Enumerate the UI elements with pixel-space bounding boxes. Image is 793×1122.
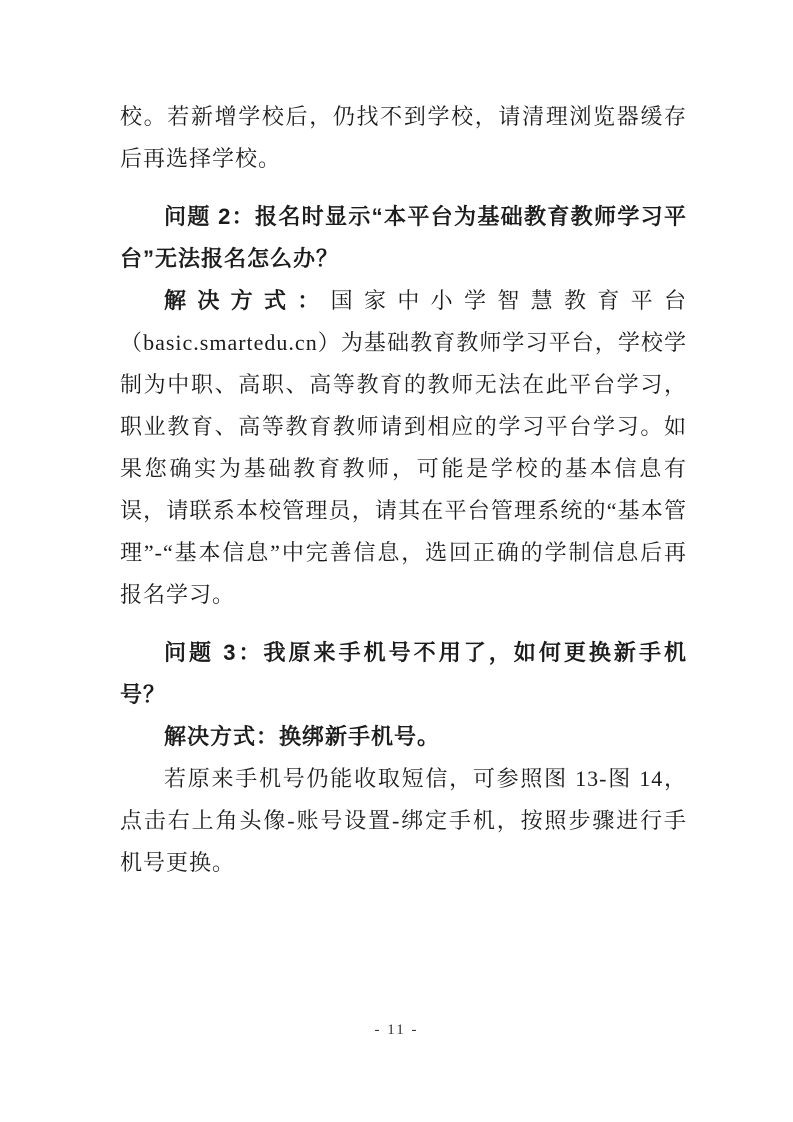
page-footer: - 11 - <box>0 1022 793 1039</box>
page-number: - 11 - <box>375 1022 419 1038</box>
question-3-heading: 问题 3：我原来手机号不用了，如何更换新手机号？ <box>120 632 687 716</box>
document-page: 校。若新增学校后，仍找不到学校，请清理浏览器缓存后再选择学校。 问题 2：报名时… <box>0 0 793 1122</box>
question-2-solution-label: 解决方式： <box>164 288 331 313</box>
question-3-detail: 若原来手机号仍能收取短信，可参照图 13-图 14，点击右上角头像-账号设置-绑… <box>120 758 687 884</box>
question-2-answer: 解决方式：国家中小学智慧教育平台（basic.smartedu.cn）为基础教育… <box>120 280 687 616</box>
question-3-solution: 解决方式：换绑新手机号。 <box>120 716 687 758</box>
question-2-heading: 问题 2：报名时显示“本平台为基础教育教师学习平台”无法报名怎么办？ <box>120 196 687 280</box>
question-2-solution-text: 国家中小学智慧教育平台（basic.smartedu.cn）为基础教育教师学习平… <box>120 288 687 607</box>
document-body: 校。若新增学校后，仍找不到学校，请清理浏览器缓存后再选择学校。 问题 2：报名时… <box>120 96 687 884</box>
paragraph-continuation: 校。若新增学校后，仍找不到学校，请清理浏览器缓存后再选择学校。 <box>120 96 687 180</box>
